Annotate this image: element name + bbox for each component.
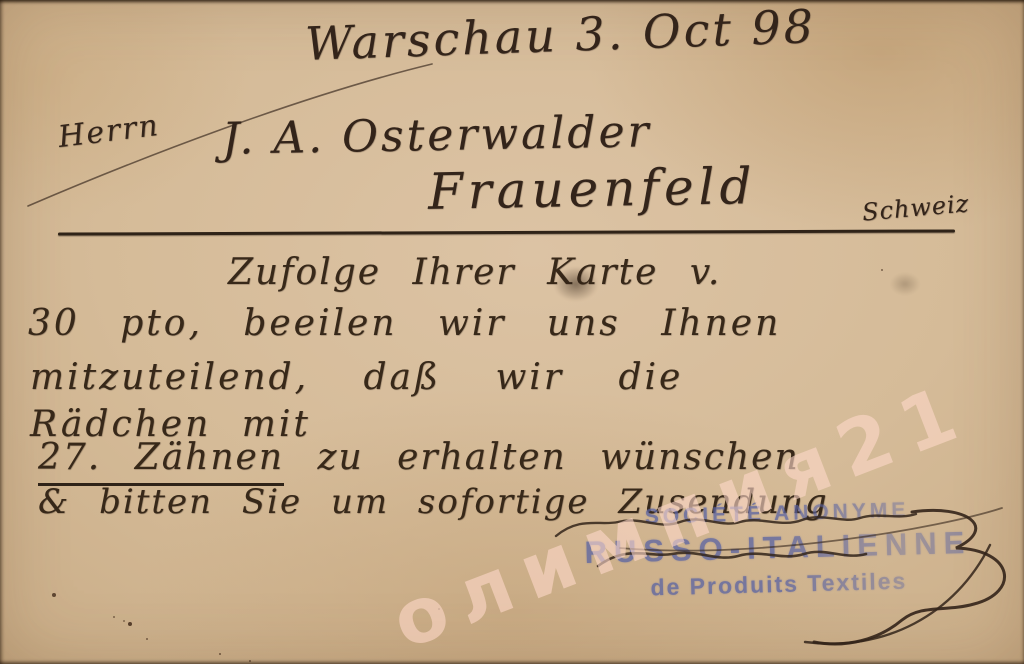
body-line-2: 30 pto, beeilen wir uns Ihnen bbox=[28, 303, 781, 344]
ink-speck-cluster bbox=[52, 593, 56, 597]
ink-smudge-small bbox=[884, 268, 926, 300]
body-line-5: 27. Zähnen zu erhalten wünschen bbox=[38, 437, 800, 478]
body-line-3: mitzuteilend, daß wir die bbox=[30, 357, 683, 398]
city-handwriting: Frauenfeld bbox=[428, 157, 757, 221]
stamp-line-produits-textiles: de Produits Textiles bbox=[553, 565, 1006, 604]
body-line-5-rest: zu erhalten wünschen bbox=[284, 437, 800, 478]
address-divider-line bbox=[58, 229, 955, 235]
underlined-gear-teeth-count: 27. Zähnen bbox=[38, 437, 284, 486]
stamp-line-russo-italienne: RUSSO-ITALIENNE bbox=[552, 524, 1005, 572]
ink-smudge bbox=[545, 260, 607, 308]
body-line-1: Zufolge Ihrer Karte v. bbox=[228, 252, 721, 293]
recipient-name-handwriting: J. A. Osterwalder bbox=[222, 106, 652, 164]
salutation-handwriting: Herrn bbox=[56, 108, 161, 155]
company-rubber-stamp: SOCIÉTÉ ANONYME RUSSO-ITALIENNE de Produ… bbox=[551, 496, 1005, 604]
postcard-scan: Warschau 3. Oct 98 Herrn J. A. Osterwald… bbox=[0, 0, 1024, 664]
country-handwriting: Schweiz bbox=[861, 189, 970, 226]
dateline-handwriting: Warschau 3. Oct 98 bbox=[304, 0, 817, 71]
